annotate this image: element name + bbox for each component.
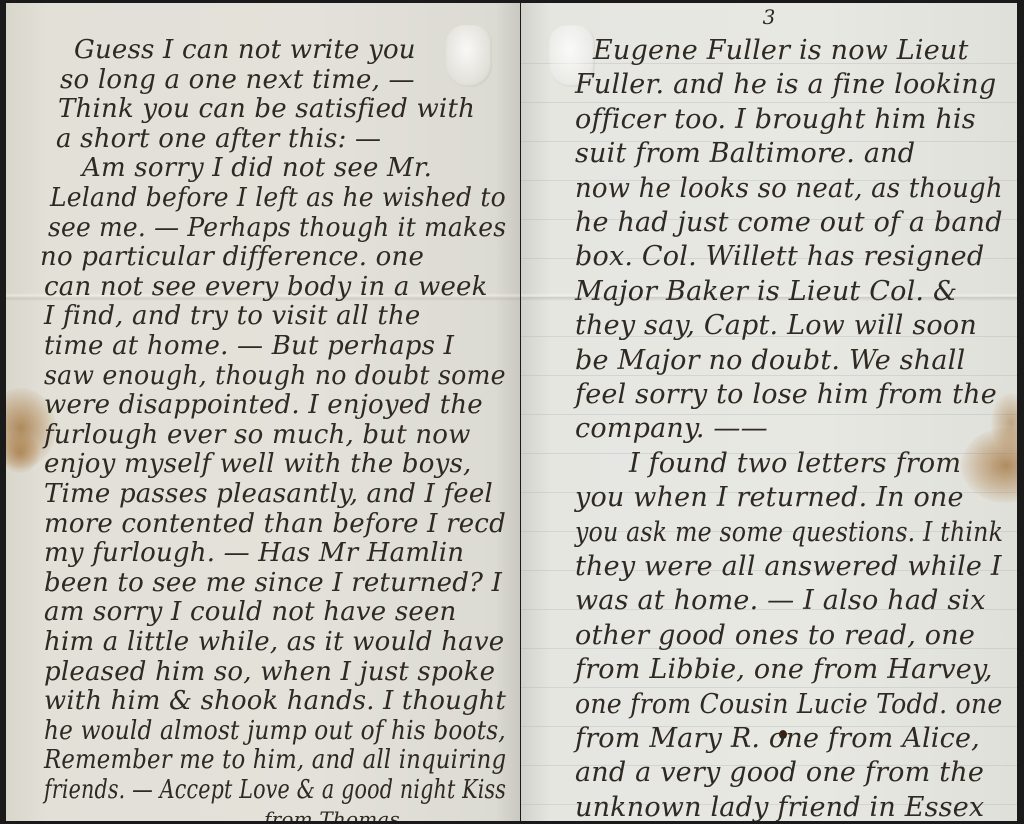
text-line: Leland before I left as he wished to [50,183,506,213]
text-line: officer too. I brought him his [575,104,976,135]
text-line: I found two letters from [629,448,961,479]
text-line: see me. — Perhaps though it makes [48,213,506,243]
text-line: Guess I can not write you [74,35,416,65]
text-line: from Libbie, one from Harvey, [575,654,993,685]
text-line: a short one after this: — [56,124,381,154]
text-line: my furlough. — Has Mr Hamlin [44,538,464,568]
text-line: so long a one next time, — [60,65,415,95]
text-line: feel sorry to lose him from the [575,379,997,410]
text-line: be Major no doubt. We shall [575,345,965,376]
text-line: he had just come out of a band [575,207,1003,238]
text-line: Remember me to him, and all inquiring [44,745,506,775]
text-line: and a very good one from the [575,757,984,788]
text-line: they say, Capt. Low will soon [575,310,977,341]
text-line: Am sorry I did not see Mr. [82,153,432,183]
signature: from Thomas [264,807,400,821]
text-line: was at home. — I also had six [575,585,986,616]
text-line: box. Col. Willett has resigned [575,241,984,272]
text-line: him a little while, as it would have [44,627,504,657]
letter-spread: Guess I can not write youso long a one n… [0,0,1024,824]
text-line: friends. — Accept Love & a good night Ki… [44,775,506,805]
text-line: more contented than before I recd [44,509,506,539]
text-line: they were all answered while I [575,551,1002,582]
left-page: Guess I can not write youso long a one n… [6,3,520,821]
text-line: Eugene Fuller is now Lieut [593,35,969,66]
text-line: company. —— [575,413,768,444]
text-line: from Mary R. one from Alice, [575,723,980,754]
text-line: one from Cousin Lucie Todd. one [575,689,1002,720]
text-line: Time passes pleasantly, and I feel [44,479,493,509]
text-line: were disappointed. I enjoyed the [44,390,483,420]
text-line: unknown lady friend in Essex [575,792,984,821]
text-line: been to see me since I returned? I [44,568,502,598]
text-line: he would almost jump out of his boots, [44,716,506,746]
text-line: furlough ever so much, but now [44,420,471,450]
text-line: other good ones to read, one [575,620,975,651]
text-line: Major Baker is Lieut Col. & [575,276,957,307]
text-line: Fuller. and he is a fine looking [575,69,996,100]
embossed-crest-icon [446,25,492,87]
text-line: suit from Baltimore. and [575,138,915,169]
page-number: 3 [521,5,1017,29]
text-line: am sorry I could not have seen [44,597,457,627]
water-stain [6,433,40,473]
text-line: I find, and try to visit all the [44,301,421,331]
text-line: enjoy myself well with the boys, [44,449,471,479]
text-line: with him & shook hands. I thought [44,686,506,716]
text-line: can not see every body in a week [44,272,488,302]
text-line: you when I returned. In one [575,482,964,513]
text-line: pleased him so, when I just spoke [44,657,495,687]
text-line: Think you can be satisfied with [58,94,475,124]
text-line: time at home. — But perhaps I [44,331,454,361]
text-line: you ask me some questions. I think [575,517,1003,548]
right-page: 3 Eugene Fuller is now LieutFuller. and … [521,3,1017,821]
text-line: now he looks so neat, as though [575,173,1003,204]
text-line: saw enough, though no doubt some [44,361,506,391]
text-line: no particular difference. one [40,242,424,272]
